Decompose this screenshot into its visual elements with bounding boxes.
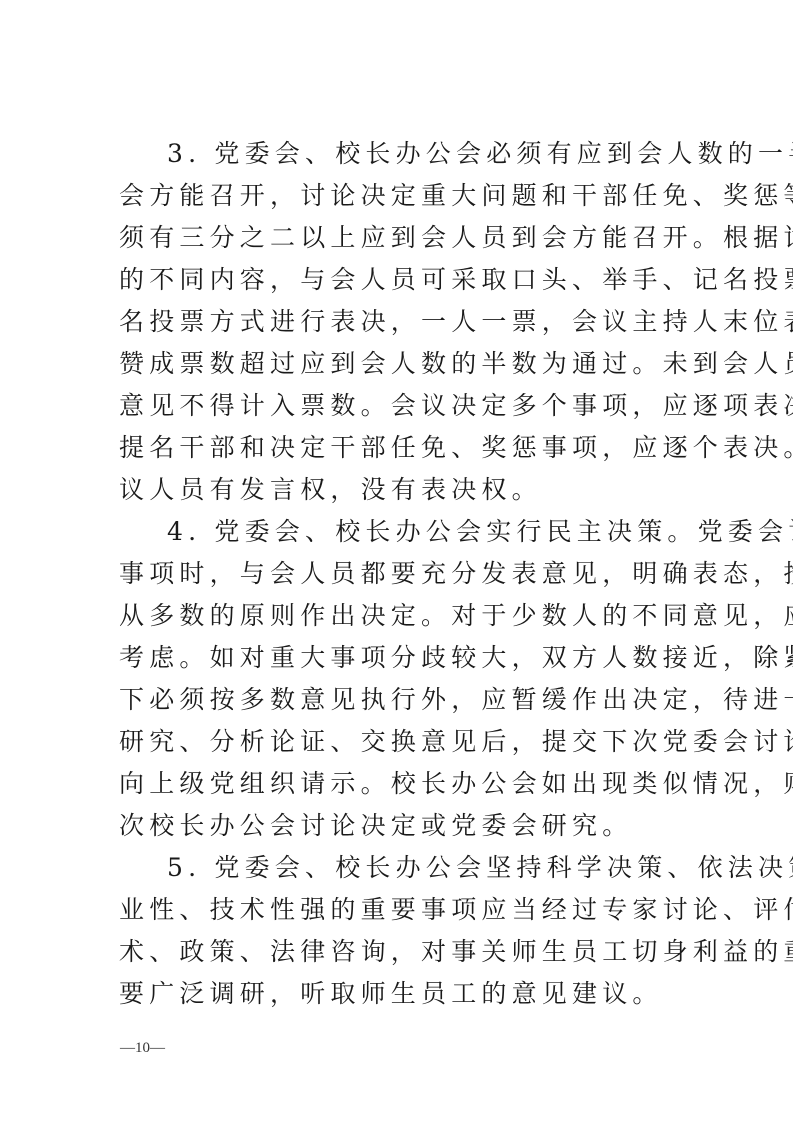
- text-line: 的不同内容，与会人员可采取口头、举手、记名投票或无记: [119, 259, 671, 301]
- text-line: 业性、技术性强的重要事项应当经过专家讨论、评估以及技: [119, 889, 671, 931]
- text-line: 考虑。如对重大事项分歧较大，双方人数接近，除紧急情况: [119, 637, 671, 679]
- text-line: 名投票方式进行表决，一人一票，会议主持人末位表态，以: [119, 301, 671, 343]
- paragraph-5: 5. 党委会、校长办公会坚持科学决策、依法决策。对专 业性、技术性强的重要事项应…: [119, 847, 675, 1015]
- text-line: 从多数的原则作出决定。对于少数人的不同意见，应该认真: [119, 595, 671, 637]
- text-line: 赞成票数超过应到会人数的半数为通过。未到会人员的书面: [119, 343, 671, 385]
- text-line: 会方能召开，讨论决定重大问题和干部任免、奖惩等事项时，: [119, 175, 671, 217]
- document-page: 3. 党委会、校长办公会必须有应到会人数的一半以上到 会方能召开，讨论决定重大问…: [119, 133, 675, 1015]
- text-line: 研究、分析论证、交换意见后，提交下次党委会讨论决定或: [119, 721, 671, 763]
- text-line: 下必须按多数意见执行外，应暂缓作出决定，待进一步调查: [119, 679, 671, 721]
- text-line: 事项时，与会人员都要充分发表意见，明确表态，按少数服: [119, 553, 671, 595]
- text-line: 4. 党委会、校长办公会实行民主决策。党委会讨论决定: [119, 511, 671, 553]
- text-line: 提名干部和决定干部任免、奖惩事项，应逐个表决。列席会: [119, 427, 671, 469]
- page-number: —10—: [120, 1040, 165, 1057]
- text-line: 次校长办公会讨论决定或党委会研究。: [119, 805, 671, 847]
- text-line: 要广泛调研，听取师生员工的意见建议。: [119, 973, 671, 1015]
- text-line: 须有三分之二以上应到会人员到会方能召开。根据讨论事项: [119, 217, 671, 259]
- paragraph-3: 3. 党委会、校长办公会必须有应到会人数的一半以上到 会方能召开，讨论决定重大问…: [119, 133, 675, 511]
- text-line: 向上级党组织请示。校长办公会如出现类似情况，则提交下: [119, 763, 671, 805]
- text-line: 意见不得计入票数。会议决定多个事项，应逐项表决。推荐、: [119, 385, 671, 427]
- text-line: 议人员有发言权，没有表决权。: [119, 469, 671, 511]
- text-line: 术、政策、法律咨询，对事关师生员工切身利益的重要事项，: [119, 931, 671, 973]
- text-line: 3. 党委会、校长办公会必须有应到会人数的一半以上到: [119, 133, 671, 175]
- paragraph-4: 4. 党委会、校长办公会实行民主决策。党委会讨论决定 事项时，与会人员都要充分发…: [119, 511, 675, 847]
- text-line: 5. 党委会、校长办公会坚持科学决策、依法决策。对专: [119, 847, 671, 889]
